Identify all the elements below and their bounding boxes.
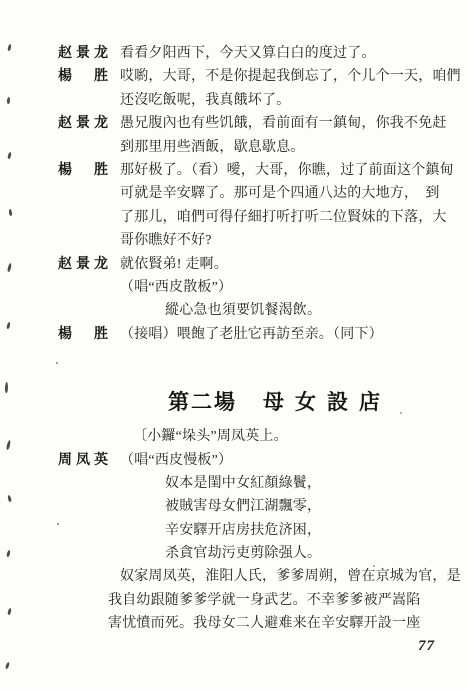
speech-line: 那好极了。（看）噯，大哥，你瞧，过了前面这个鎮甸 — [120, 159, 460, 182]
ink-speck — [5, 382, 8, 393]
entrance-direction-row: 〔小鑼“垛头”周凤英上。 — [58, 425, 460, 448]
dialogue-row: 赵景龙 愚兄腹內也有些饥餓，看前面有一鎮甸，你我不免赶 到那里用些酒飯，歇息歇息… — [58, 112, 460, 159]
ink-speck — [7, 152, 12, 160]
dialogue-row: 楊 胜 （接唱）喂飽了老肚它再訪至亲。（同下） — [58, 323, 460, 346]
speech-line: 奴家周凤英，淮阳人氏，爹爹周朔，曾在京城为官，是 — [120, 565, 460, 588]
ink-speck — [6, 550, 11, 558]
speech: 就依賢弟! 走啊。 （唱“西皮散板”） 縱心急也須要饥餐渴飲。 — [120, 253, 460, 323]
stage-direction: （唱“西皮散板”） — [120, 276, 460, 299]
speaker-name: 赵景龙 — [58, 253, 120, 276]
ink-speck — [7, 263, 12, 272]
speech-line: 哥你瞧好不好? — [120, 229, 460, 252]
speech-line: 哎喲，大哥，不是你提起我倒忘了，个儿个一天，咱們 — [120, 65, 460, 88]
ink-speck — [7, 44, 12, 52]
ink-speck — [7, 495, 12, 503]
verse-line: 奴本是閨中女紅顏綠鬢， — [120, 472, 460, 495]
speech-line: 到那里用些酒飯，歇息歇息。 — [120, 136, 460, 159]
speech-line: 可就是辛安驛了。那可是个四通八达的大地方， 到 — [120, 182, 460, 205]
verse-line: 杀貪官劫污吏剪除强人。 — [120, 542, 460, 565]
ink-speck — [5, 662, 10, 670]
dialogue-row: 赵景龙 就依賢弟! 走啊。 （唱“西皮散板”） 縱心急也須要饥餐渴飲。 — [58, 253, 460, 323]
dialogue-row: 楊 胜 那好极了。（看）噯，大哥，你瞧，过了前面这个鎮甸 可就是辛安驛了。那可是… — [58, 159, 460, 253]
text-block: 赵景龙 看看夕阳西下，今天又算白白的度过了。 楊 胜 哎喲，大哥，不是你提起我倒… — [58, 42, 460, 636]
speech-line: 我自幼跟随爹爹学就一身武艺。不幸爹爹被严嵩陷 — [108, 589, 460, 612]
dialogue-row: 楊 胜 哎喲，大哥，不是你提起我倒忘了，个儿个一天，咱們 还沒吃飯呢，我真餓坏了… — [58, 65, 460, 112]
speech: （接唱）喂飽了老肚它再訪至亲。（同下） — [120, 323, 460, 346]
speech-line: 看看夕阳西下，今天又算白白的度过了。 — [120, 42, 460, 65]
ink-speck — [7, 608, 12, 616]
page-number: 77 — [418, 638, 435, 655]
verse-line: 縱心急也須要饥餐渴飲。 — [120, 299, 460, 322]
scene-heading: 第二場母女設店 — [168, 387, 460, 417]
speech-line: 还沒吃飯呢，我真餓坏了。 — [120, 89, 460, 112]
speech-line: 了那儿，咱們可得仔細打听打听二位賢妹的下落，大 — [120, 206, 460, 229]
speech: （唱“西皮慢板”） 奴本是閨中女紅顏綠鬢， 被賊害母女們江湖飄零， 辛安驛开店房… — [120, 449, 460, 636]
speech-line: 愚兄腹內也有些饥餓，看前面有一鎮甸，你我不免赶 — [120, 112, 460, 135]
speech: 看看夕阳西下，今天又算白白的度过了。 — [120, 42, 460, 65]
ink-speck — [6, 440, 11, 450]
speech: 愚兄腹內也有些饥餓，看前面有一鎮甸，你我不免赶 到那里用些酒飯，歇息歇息。 — [120, 112, 460, 159]
speaker-name: 赵景龙 — [58, 42, 120, 65]
speech: 哎喲，大哥，不是你提起我倒忘了，个儿个一天，咱們 还沒吃飯呢，我真餓坏了。 — [120, 65, 460, 112]
speech-line: 害忧憤而死。我母女二人避难来在辛安驛开設一座 — [108, 612, 460, 635]
ink-speck — [7, 97, 10, 104]
verse-line: 辛安驛开店房扶危济困， — [120, 519, 460, 542]
stage-direction: 〔小鑼“垛头”周凤英上。 — [133, 425, 460, 448]
scanned-book-page: 赵景龙 看看夕阳西下，今天又算白白的度过了。 楊 胜 哎喲，大哥，不是你提起我倒… — [0, 0, 469, 690]
ink-speck — [6, 322, 11, 330]
stage-direction: （唱“西皮慢板”） — [120, 449, 460, 472]
speaker-name: 楊 胜 — [58, 159, 120, 182]
dialogue-row: 赵景龙 看看夕阳西下，今天又算白白的度过了。 — [58, 42, 460, 65]
speech-line: （接唱）喂飽了老肚它再訪至亲。（同下） — [120, 323, 460, 346]
speech-line: 就依賢弟! 走啊。 — [120, 253, 460, 276]
speech: 那好极了。（看）噯，大哥，你瞧，过了前面这个鎮甸 可就是辛安驛了。那可是个四通八… — [120, 159, 460, 253]
scene-title: 母女設店 — [263, 390, 391, 414]
ink-speck — [9, 209, 13, 216]
speaker-name: 赵景龙 — [58, 112, 120, 135]
speaker-name: 楊 胜 — [58, 323, 120, 346]
speaker-name: 楊 胜 — [58, 65, 120, 88]
dialogue-row: 周凤英 （唱“西皮慢板”） 奴本是閨中女紅顏綠鬢， 被賊害母女們江湖飄零， 辛安… — [58, 449, 460, 636]
verse-line: 被賊害母女們江湖飄零， — [120, 495, 460, 518]
scene-number: 第二場 — [168, 390, 237, 414]
speaker-name: 周凤英 — [58, 449, 120, 472]
